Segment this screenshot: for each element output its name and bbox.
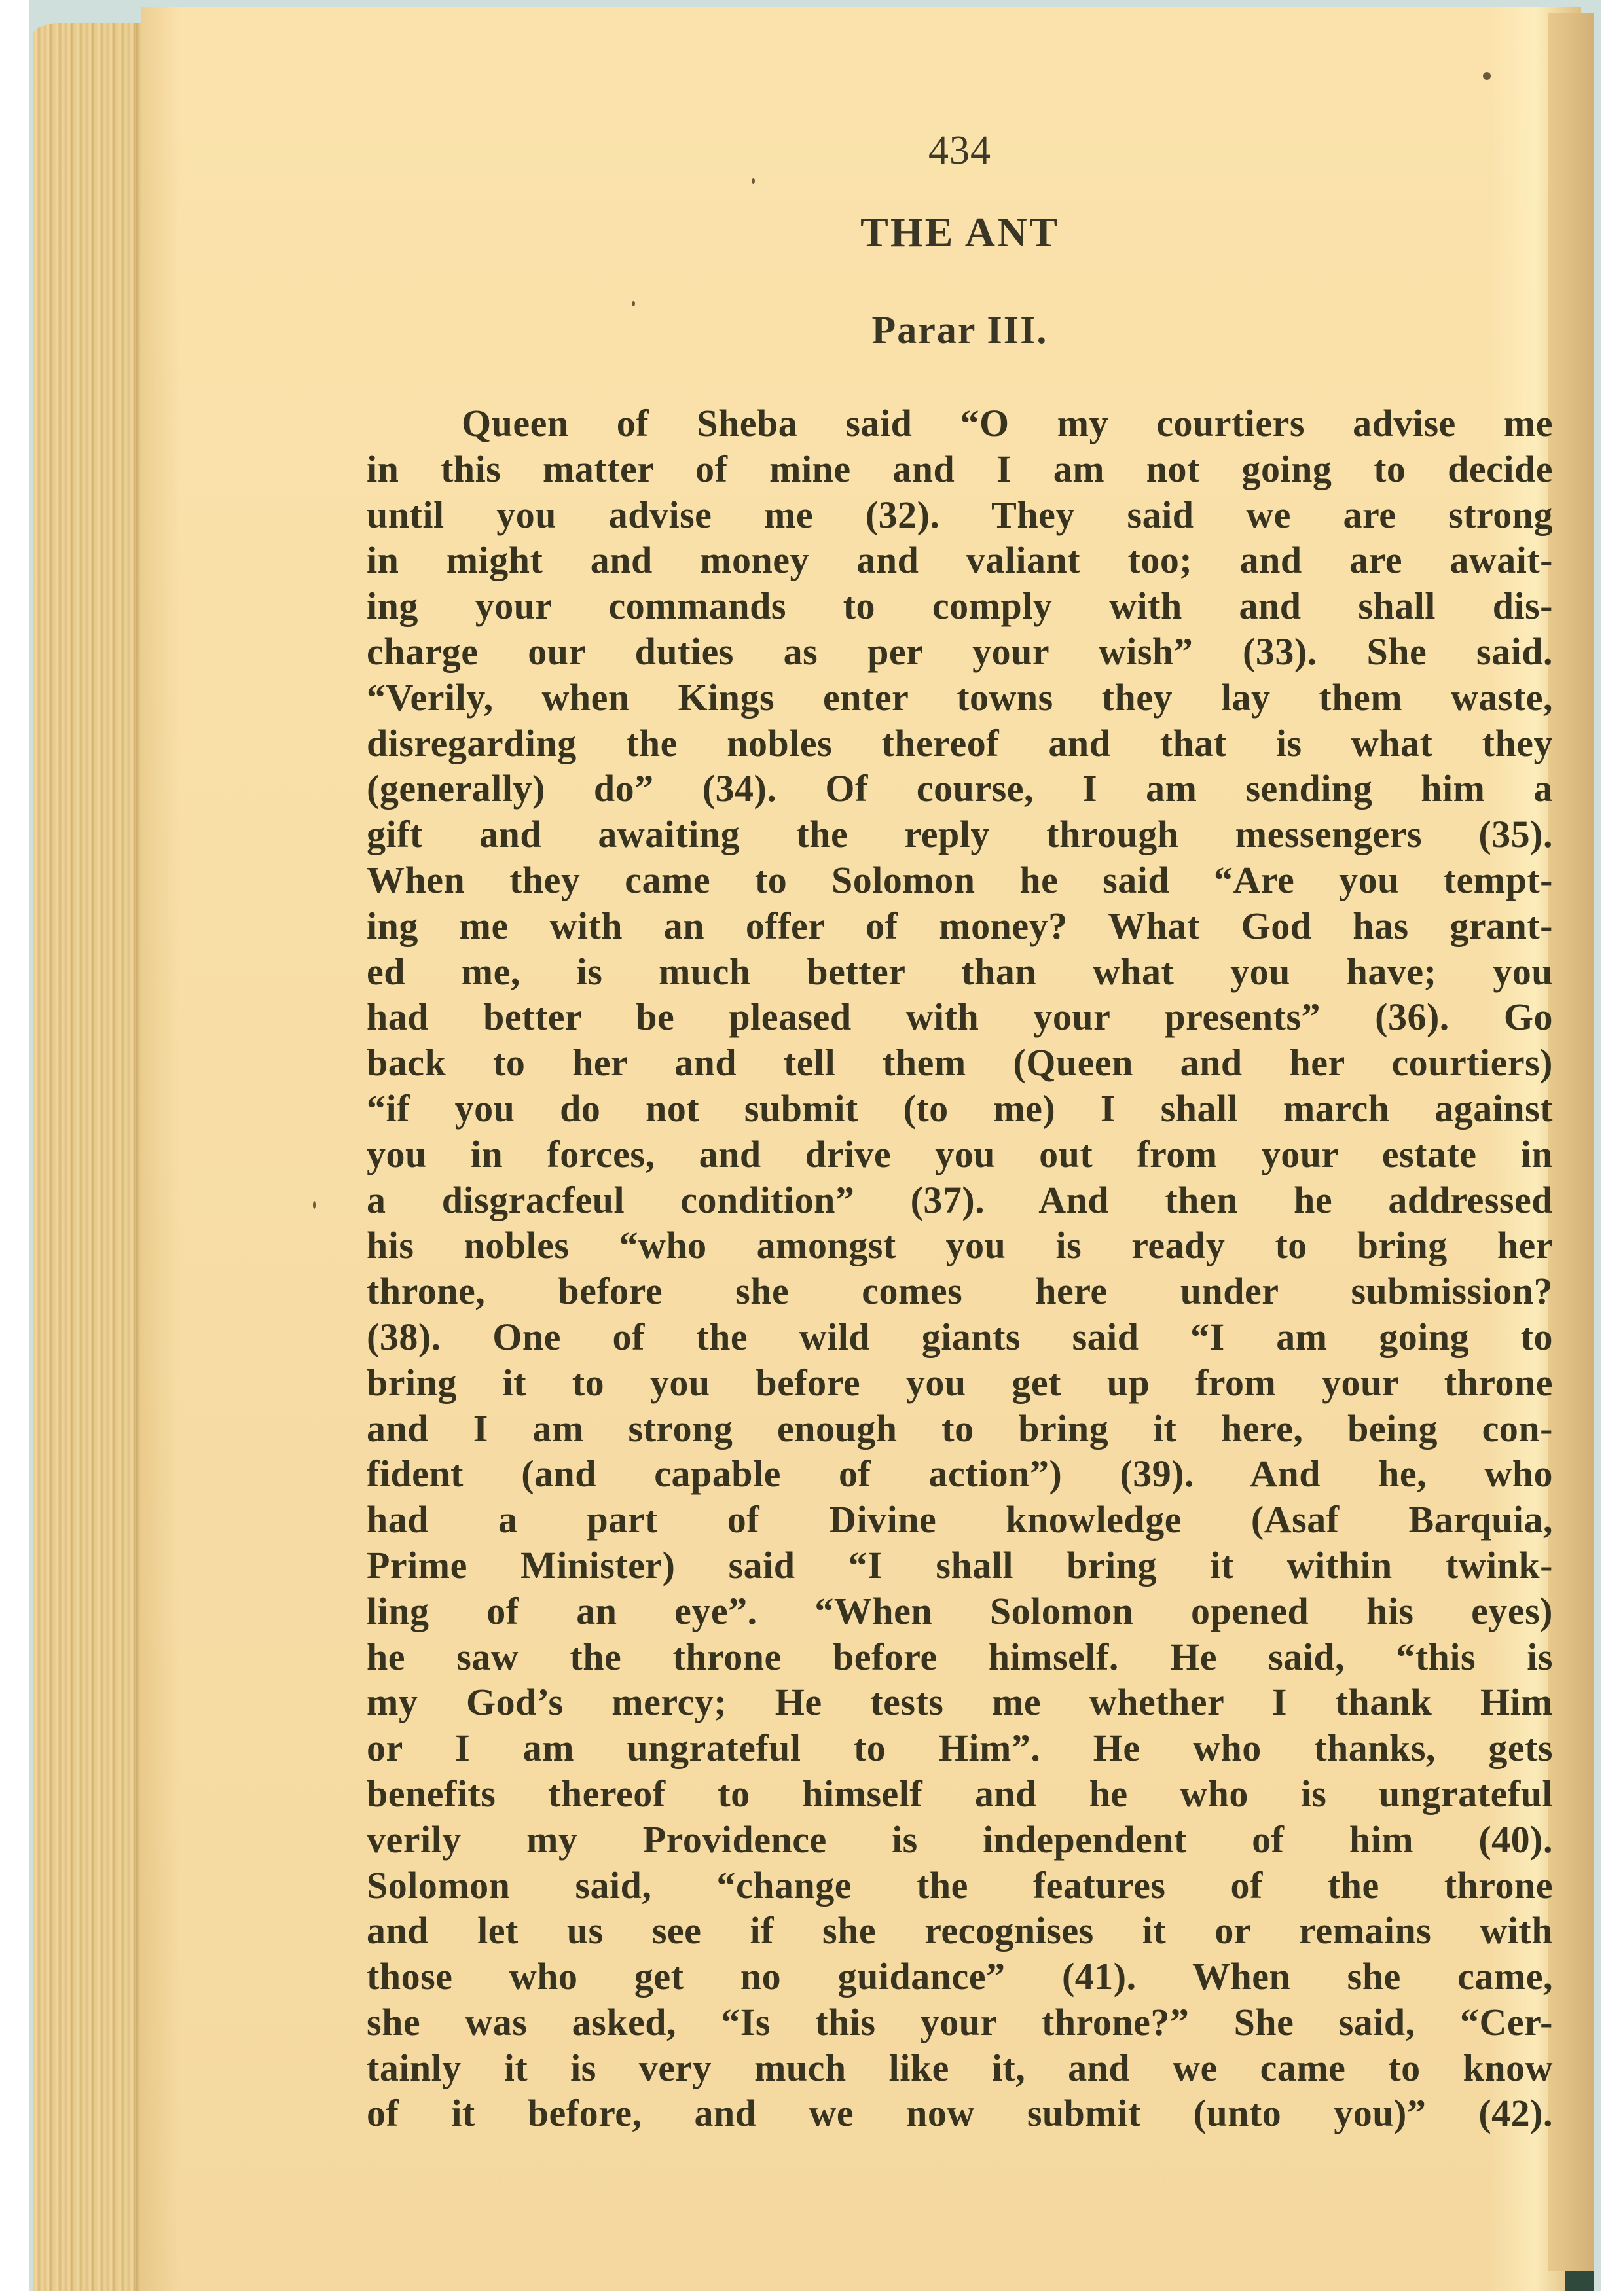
text-line: had a part of Divine knowledge (Asaf Bar… xyxy=(367,1497,1553,1543)
text-line: in might and money and valiant too; and … xyxy=(367,537,1553,583)
text-line: fident (and capable of action”) (39). An… xyxy=(367,1451,1553,1497)
speck xyxy=(632,301,635,306)
page-stack-edges xyxy=(33,23,141,2291)
text-line: you in forces, and drive you out from yo… xyxy=(367,1132,1553,1177)
body-paragraph: Queen of Sheba said “O my courtiers advi… xyxy=(367,401,1553,2136)
text-line: Queen of Sheba said “O my courtiers advi… xyxy=(367,401,1553,446)
text-line: (generally) do” (34). Of course, I am se… xyxy=(367,766,1553,812)
speck xyxy=(752,178,755,184)
text-line: she was asked, “Is this your throne?” Sh… xyxy=(367,2000,1553,2045)
text-line: charge our duties as per your wish” (33)… xyxy=(367,629,1553,675)
text-line: my God’s mercy; He tests me whether I th… xyxy=(367,1679,1553,1725)
text-line: and let us see if she recognises it or r… xyxy=(367,1908,1553,1954)
text-line: tainly it is very much like it, and we c… xyxy=(367,2045,1553,2091)
chapter-title: THE ANT xyxy=(367,208,1553,257)
text-line: those who get no guidance” (41). When sh… xyxy=(367,1954,1553,2000)
text-line: ling of an eye”. “When Solomon opened hi… xyxy=(367,1588,1553,1634)
text-line: (38). One of the wild giants said “I am … xyxy=(367,1314,1553,1360)
text-line: throne, before she comes here under subm… xyxy=(367,1268,1553,1314)
text-line: bring it to you before you get up from y… xyxy=(367,1360,1553,1406)
text-line: “if you do not submit (to me) I shall ma… xyxy=(367,1086,1553,1132)
speck xyxy=(1483,72,1491,80)
cover-corner xyxy=(1565,2271,1594,2291)
text-line: disregarding the nobles thereof and that… xyxy=(367,721,1553,766)
text-line: benefits thereof to himself and he who i… xyxy=(367,1771,1553,1817)
text-line: had better be pleased with your presents… xyxy=(367,994,1553,1040)
text-line: When they came to Solomon he said “Are y… xyxy=(367,857,1553,903)
text-line: or I am ungrateful to Him”. He who thank… xyxy=(367,1725,1553,1771)
text-line: he saw the throne before himself. He sai… xyxy=(367,1634,1553,1680)
text-line: until you advise me (32). They said we a… xyxy=(367,492,1553,538)
text-line: ed me, is much better than what you have… xyxy=(367,949,1553,995)
text-line: ing your commands to comply with and sha… xyxy=(367,583,1553,629)
text-line: a disgracfeul condition” (37). And then … xyxy=(367,1177,1553,1223)
text-line: back to her and tell them (Queen and her… xyxy=(367,1040,1553,1086)
text-line: “Verily, when Kings enter towns they lay… xyxy=(367,675,1553,721)
text-line: his nobles “who amongst you is ready to … xyxy=(367,1223,1553,1268)
text-line: Prime Minister) said “I shall bring it w… xyxy=(367,1543,1553,1588)
text-line: ing me with an offer of money? What God … xyxy=(367,903,1553,949)
text-line: of it before, and we now submit (unto yo… xyxy=(367,2090,1553,2136)
page-right-edge xyxy=(1548,13,1594,2271)
speck xyxy=(313,1201,316,1209)
text-line: in this matter of mine and I am not goin… xyxy=(367,446,1553,492)
section-title: Parar III. xyxy=(367,308,1553,353)
text-line: verily my Providence is independent of h… xyxy=(367,1817,1553,1863)
text-line: and I am strong enough to bring it here,… xyxy=(367,1406,1553,1452)
text-line: gift and awaiting the reply through mess… xyxy=(367,812,1553,857)
page-number: 434 xyxy=(367,128,1553,174)
text-line: Solomon said, “change the features of th… xyxy=(367,1863,1553,1909)
